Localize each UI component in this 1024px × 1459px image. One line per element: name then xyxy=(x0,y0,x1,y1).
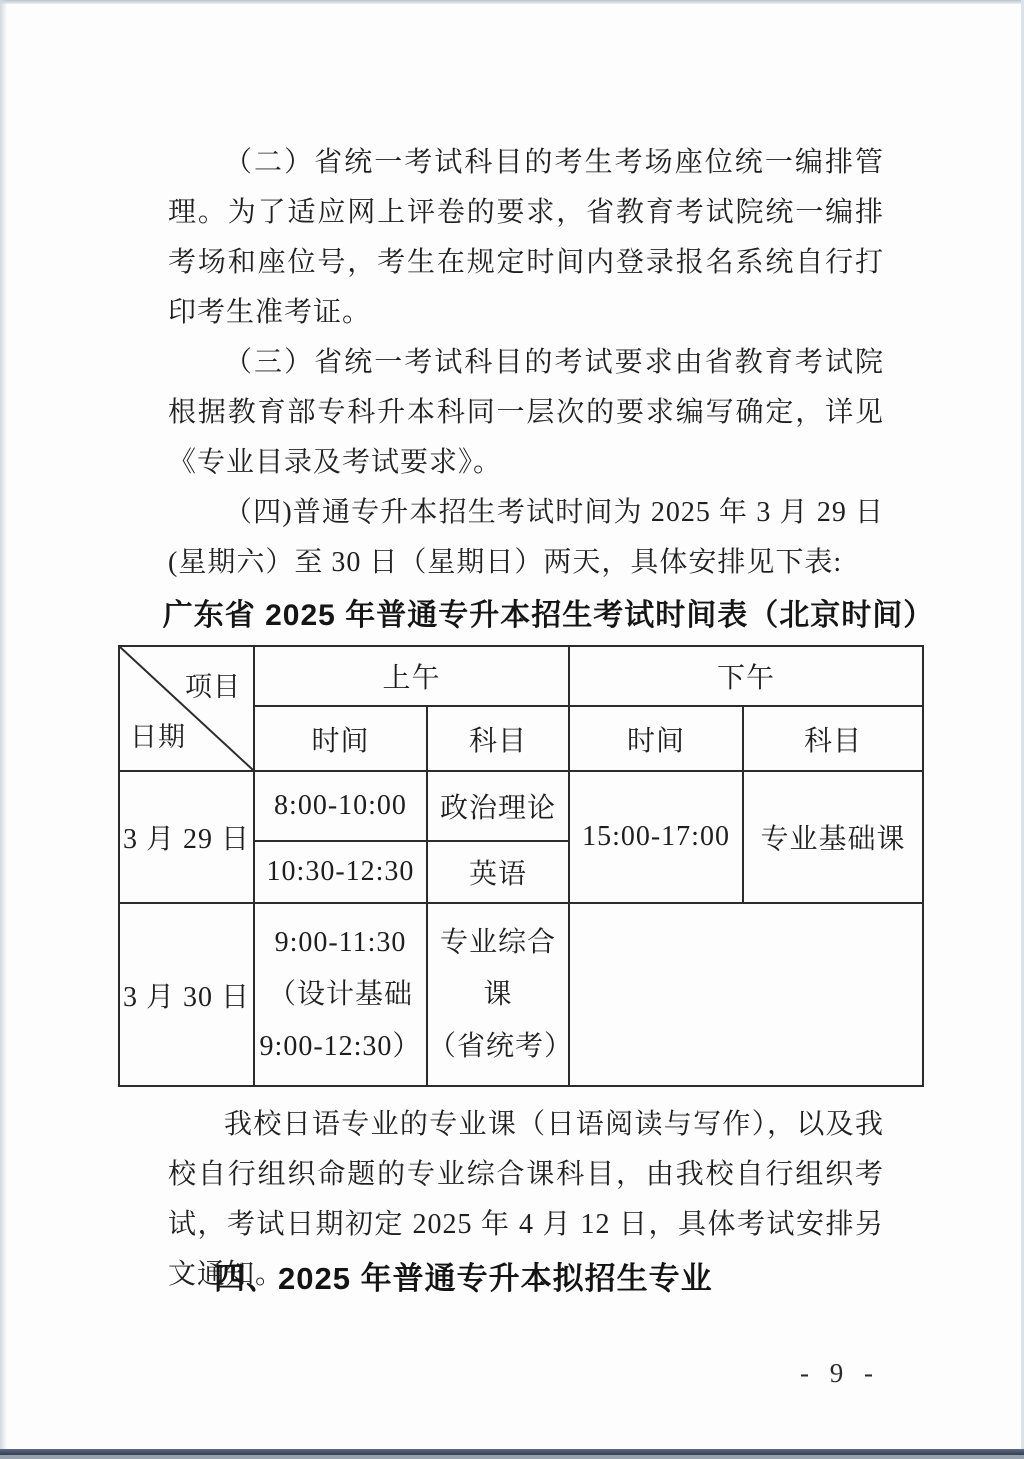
subject-cell-march30: 专业综合课 （省统考） xyxy=(427,903,569,1086)
date-cell-march29: 3 月 29 日 xyxy=(119,771,254,903)
corner-label-item: 项目 xyxy=(185,665,241,704)
subject-line-2: （省统考） xyxy=(428,1021,568,1073)
document-page: （二）省统一考试科目的考生考场座位统一编排管理。为了适应网上评卷的要求，省教育考… xyxy=(0,0,1024,1459)
subject-cell-english: 英语 xyxy=(427,841,569,903)
exam-schedule-table: 项目 日期 上午 下午 时间 科目 时间 科目 3 月 29 日 8:00-10… xyxy=(118,645,924,1087)
corner-label-date: 日期 xyxy=(130,715,186,754)
paragraph-seat-arrangement: （二）省统一考试科目的考生考场座位统一编排管理。为了适应网上评卷的要求，省教育考… xyxy=(168,138,884,338)
time-cell-politics: 8:00-10:00 xyxy=(254,771,427,841)
empty-afternoon-cell xyxy=(569,903,923,1086)
page-number: - 9 - xyxy=(800,1358,880,1389)
morning-header-cell: 上午 xyxy=(254,646,569,706)
time-cell-march30: 9:00-11:30 （设计基础 9:00-12:30） xyxy=(254,903,427,1086)
subject-cell-politics: 政治理论 xyxy=(427,771,569,841)
date-cell-march30: 3 月 30 日 xyxy=(119,903,254,1086)
paragraph-exam-requirements: （三）省统一考试科目的考试要求由省教育考试院根据教育部专科升本科同一层次的要求编… xyxy=(168,338,884,488)
morning-time-header-cell: 时间 xyxy=(254,706,427,771)
table-title: 广东省 2025 年普通专升本招生考试时间表（北京时间） xyxy=(146,590,951,634)
time-line-3: 9:00-12:30） xyxy=(255,1021,426,1073)
afternoon-subject-header-cell: 科目 xyxy=(743,706,923,771)
paragraph-exam-dates: （四)普通专升本招生考试时间为 2025 年 3 月 29 日(星期六）至 30… xyxy=(168,488,884,588)
intro-paragraphs: （二）省统一考试科目的考生考场座位统一编排管理。为了适应网上评卷的要求，省教育考… xyxy=(168,138,884,588)
subject-cell-afternoon29: 专业基础课 xyxy=(743,771,923,903)
time-line-2: （设计基础 xyxy=(255,969,426,1021)
scan-edge-top xyxy=(0,0,1024,4)
time-line-1: 9:00-11:30 xyxy=(255,917,426,969)
section-heading: 四、2025 年普通专升本拟招生专业 xyxy=(214,1253,713,1298)
afternoon-time-header-cell: 时间 xyxy=(569,706,743,771)
afternoon-header-cell: 下午 xyxy=(569,646,923,706)
scan-edge-left xyxy=(0,0,7,1459)
subject-line-1: 专业综合课 xyxy=(428,917,568,1021)
corner-header-cell: 项目 日期 xyxy=(119,646,254,771)
scan-edge-bottom-shadow xyxy=(0,1455,1024,1459)
time-cell-english: 10:30-12:30 xyxy=(254,841,427,903)
morning-subject-header-cell: 科目 xyxy=(427,706,569,771)
time-cell-afternoon29: 15:00-17:00 xyxy=(569,771,743,903)
